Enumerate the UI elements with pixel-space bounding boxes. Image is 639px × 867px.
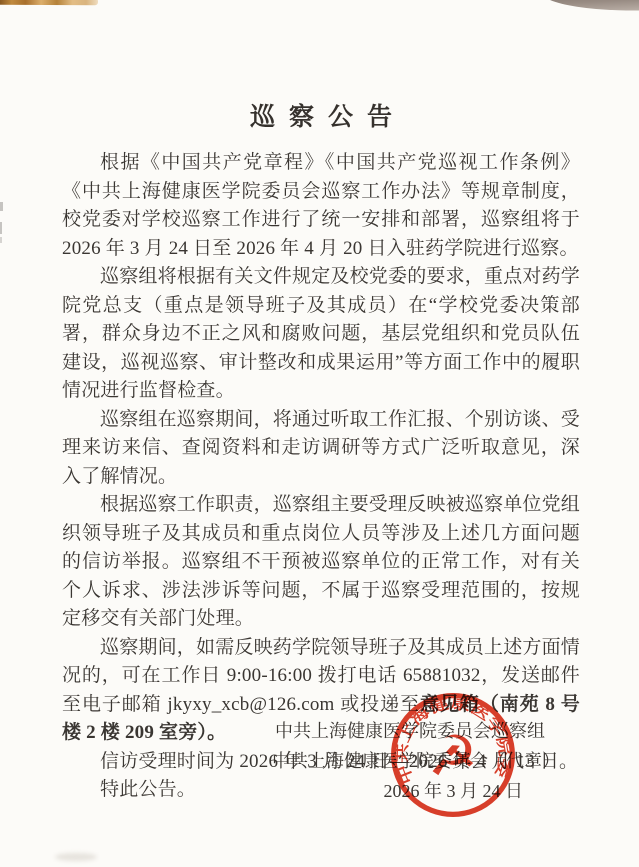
document-body: 根据《中国共产党章程》《中国共产党巡视工作条例》《中共上海健康医学院委员会巡察工… xyxy=(62,149,580,805)
scan-artifact-top-left xyxy=(0,0,98,5)
signature-org-inspection-team: 中共上海健康医学院委员会巡察组 xyxy=(272,716,545,746)
paragraph: 根据《中国共产党章程》《中国共产党巡视工作条例》《中共上海健康医学院委员会巡察工… xyxy=(62,149,580,263)
paragraph: 巡察组将根据有关文件规定及校党委的要求，重点对药学院党总支（重点是领导班子及其成… xyxy=(62,263,580,406)
scan-smudge xyxy=(55,853,97,861)
document-title: 巡察公告 xyxy=(61,97,581,133)
scan-speck xyxy=(0,237,2,243)
scan-artifact-top-right xyxy=(539,0,639,16)
signature-block: 中共上海健康医学院委员会巡察组 中共上海健康医学院委员会（代章） 2026 年 … xyxy=(272,716,545,806)
scan-speck xyxy=(0,222,2,234)
scanned-notice-page: 巡察公告 根据《中国共产党章程》《中国共产党巡视工作条例》《中共上海健康医学院委… xyxy=(0,0,639,867)
scan-speck xyxy=(0,202,3,211)
paragraph: 根据巡察工作职责，巡察组主要受理反映被巡察单位党组织领导班子及其成员和重点岗位人… xyxy=(62,491,580,634)
signature-date: 2026 年 3 月 24 日 xyxy=(272,776,523,806)
signature-org-committee: 中共上海健康医学院委员会（代章） xyxy=(272,746,560,776)
paragraph: 巡察组在巡察期间，将通过听取工作汇报、个别访谈、受理来访来信、查阅资料和走访调研… xyxy=(62,406,580,492)
